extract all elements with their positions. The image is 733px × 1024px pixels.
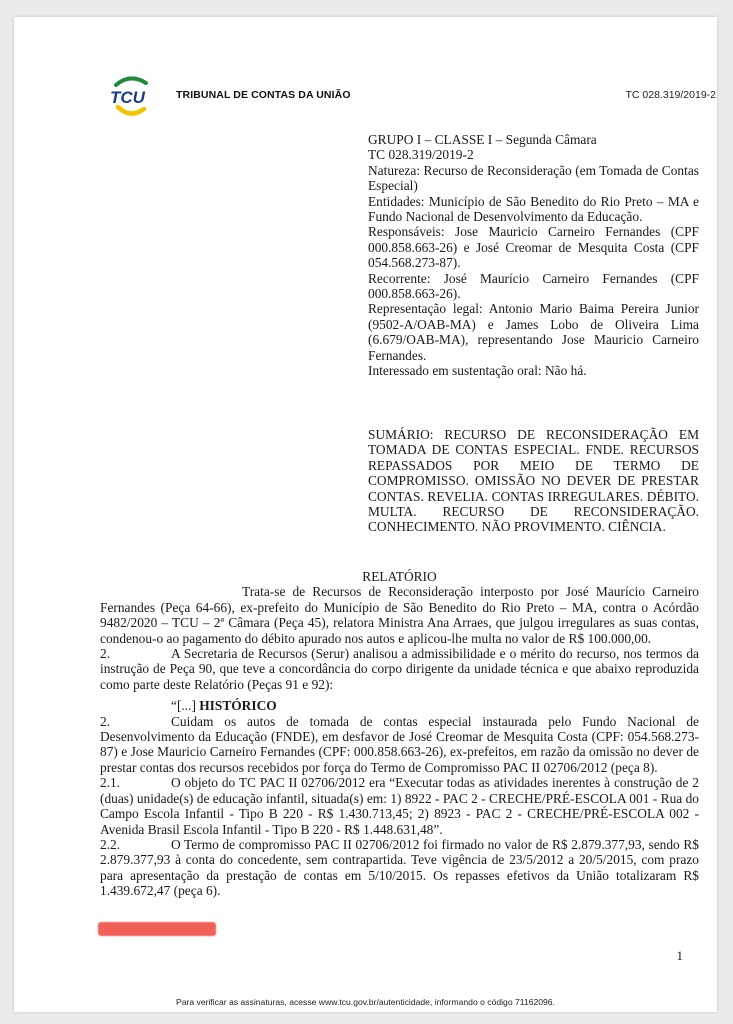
tcu-logo-icon: TCU: [106, 75, 154, 119]
report-paragraph: Trata-se de Recursos de Reconsideração i…: [100, 584, 699, 646]
quote-heading: “[...] HISTÓRICO: [100, 698, 699, 713]
red-highlight-annotation: [98, 922, 216, 936]
document-header: TCU TRIBUNAL DE CONTAS DA UNIÃO TC 028.3…: [106, 75, 716, 115]
quoted-paragraph: 2.1.O objeto do TC PAC II 02706/2012 era…: [100, 775, 699, 837]
quoted-paragraph: 2.2.O Termo de compromisso PAC II 02706/…: [100, 837, 699, 899]
quoted-paragraph: 2.Cuidam os autos de tomada de contas es…: [100, 714, 699, 776]
process-number: TC 028.319/2019-2: [626, 89, 716, 101]
case-summary: SUMÁRIO: RECURSO DE RECONSIDERAÇÃO EM TO…: [368, 427, 699, 535]
history-heading: HISTÓRICO: [199, 698, 276, 713]
report-title: RELATÓRIO: [100, 569, 699, 584]
paragraph-number: 2.: [100, 646, 171, 661]
case-number-line: TC 028.319/2019-2: [368, 147, 699, 162]
appellant-line: Recorrente: José Maurício Carneiro Ferna…: [368, 271, 699, 302]
entities-line: Entidades: Município de São Benedito do …: [368, 194, 699, 225]
case-metadata: GRUPO I – CLASSE I – Segunda Câmara TC 0…: [368, 132, 699, 379]
document-page: TCU TRIBUNAL DE CONTAS DA UNIÃO TC 028.3…: [14, 17, 717, 1012]
legal-representation-line: Representação legal: Antonio Mario Baima…: [368, 301, 699, 363]
responsible-parties-line: Responsáveis: Jose Mauricio Carneiro Fer…: [368, 224, 699, 270]
signature-verification-note: Para verificar as assinaturas, acesse ww…: [14, 997, 717, 1007]
paragraph-number: 2.2.: [100, 837, 171, 852]
report-paragraph: 2.A Secretaria de Recursos (Serur) anali…: [100, 646, 699, 692]
svg-text:TCU: TCU: [110, 88, 146, 107]
page-number: 1: [677, 948, 684, 964]
paragraph-number: 2.1.: [100, 775, 171, 790]
group-class-line: GRUPO I – CLASSE I – Segunda Câmara: [368, 132, 699, 147]
report-body: RELATÓRIO Trata-se de Recursos de Recons…: [100, 569, 699, 899]
oral-argument-line: Interessado em sustentação oral: Não há.: [368, 363, 699, 378]
organization-name: TRIBUNAL DE CONTAS DA UNIÃO: [176, 89, 351, 101]
nature-line: Natureza: Recurso de Reconsideração (em …: [368, 163, 699, 194]
paragraph-number: 2.: [100, 714, 171, 729]
